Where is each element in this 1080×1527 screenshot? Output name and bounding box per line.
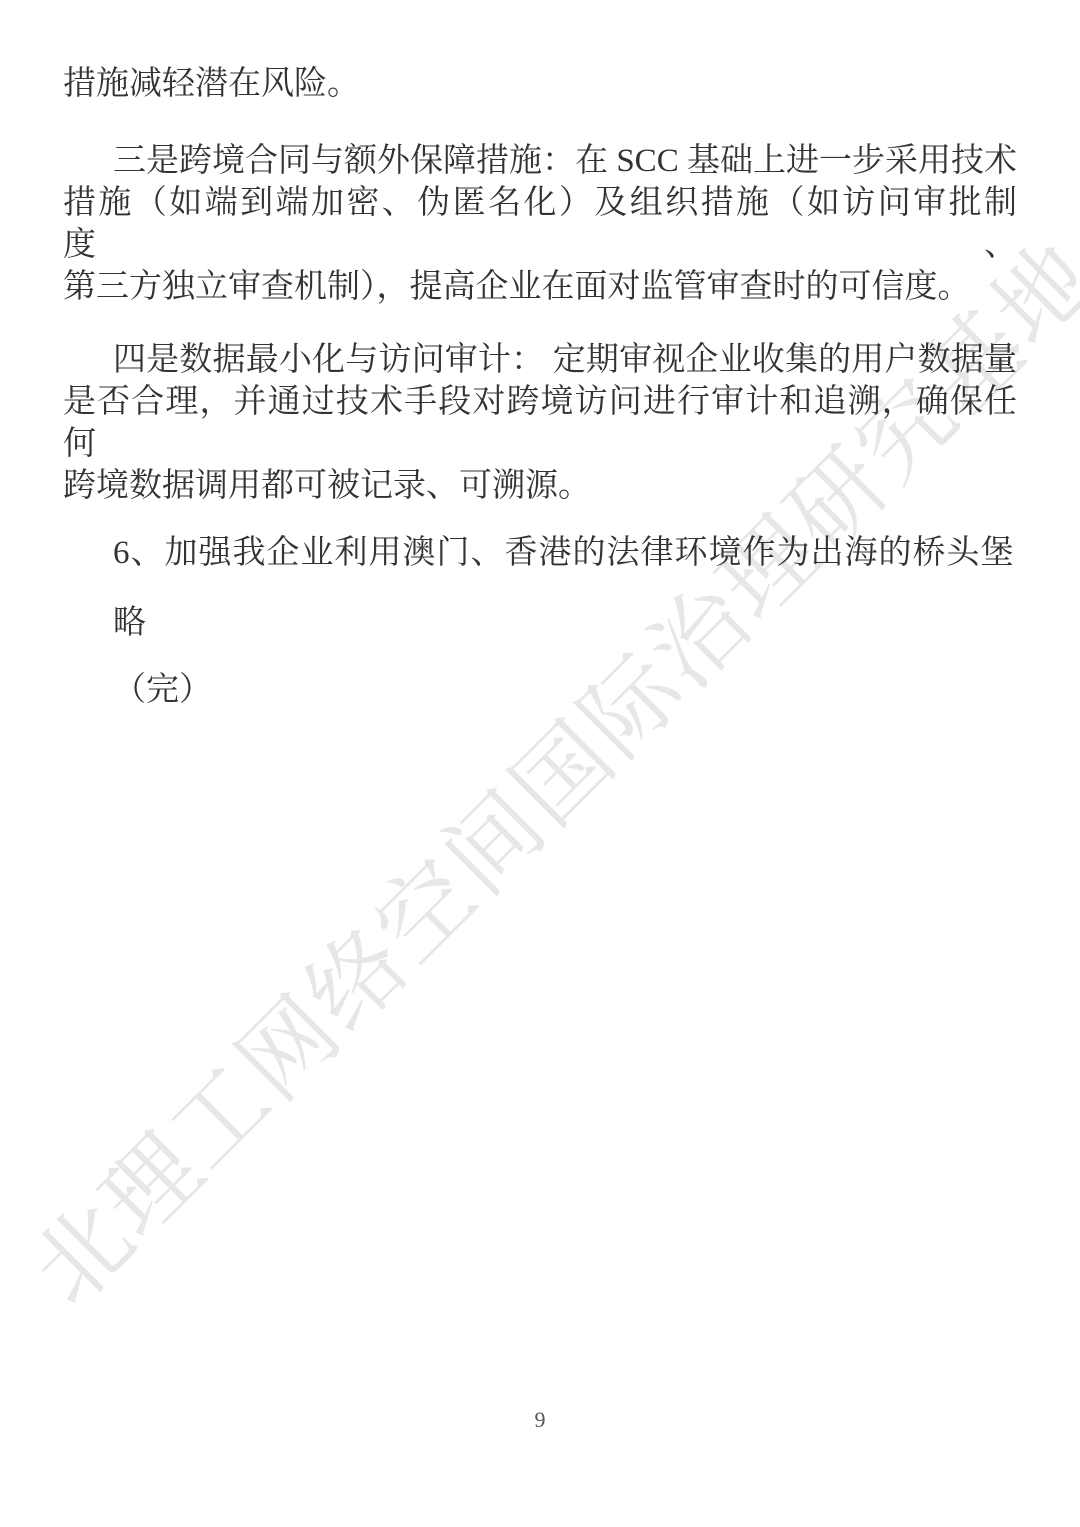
section-heading-text: 6、加强我企业利用澳门、香港的法律环境作为出海的桥头堡 xyxy=(63,532,1017,574)
paragraph-line: 跨境数据调用都可被记录、可溯源。 xyxy=(63,465,1017,507)
paragraph-line: 第三方独立审查机制），提高企业在面对监管审查时的可信度。 xyxy=(63,266,1017,308)
paragraph-line: （完） xyxy=(63,669,1017,711)
page-number: 9 xyxy=(0,1406,1080,1434)
document-page: 北理工网络空间国际治理研究基地 措施减轻潜在风险。 三是跨境合同与额外保障措施：… xyxy=(0,0,1080,1527)
paragraph-line: 是否合理，并通过技术手段对跨境访问进行审计和追溯，确保任何 xyxy=(63,381,1017,465)
paragraph-line: 略 xyxy=(63,602,1017,644)
paragraph-line: 四是数据最小化与访问审计： 定期审视企业收集的用户数据量 xyxy=(63,339,1017,381)
paragraph-omitted: 略 xyxy=(63,602,1017,644)
paragraph-cross-border-contract: 三是跨境合同与额外保障措施：在 SCC 基础上进一步采用技术 措施（如端到端加密… xyxy=(63,140,1017,308)
document-content: 措施减轻潜在风险。 三是跨境合同与额外保障措施：在 SCC 基础上进一步采用技术… xyxy=(0,63,1080,711)
paragraph-data-minimization: 四是数据最小化与访问审计： 定期审视企业收集的用户数据量 是否合理，并通过技术手… xyxy=(63,339,1017,507)
paragraph-continuation: 措施减轻潜在风险。 xyxy=(63,63,1017,105)
paragraph-line: 措施减轻潜在风险。 xyxy=(63,63,1017,105)
section-heading: 6、加强我企业利用澳门、香港的法律环境作为出海的桥头堡 xyxy=(63,532,1017,574)
paragraph-end-mark: （完） xyxy=(63,669,1017,711)
paragraph-line: 措施（如端到端加密、伪匿名化）及组织措施（如访问审批制度、 xyxy=(63,182,1017,266)
paragraph-line: 三是跨境合同与额外保障措施：在 SCC 基础上进一步采用技术 xyxy=(63,140,1017,182)
